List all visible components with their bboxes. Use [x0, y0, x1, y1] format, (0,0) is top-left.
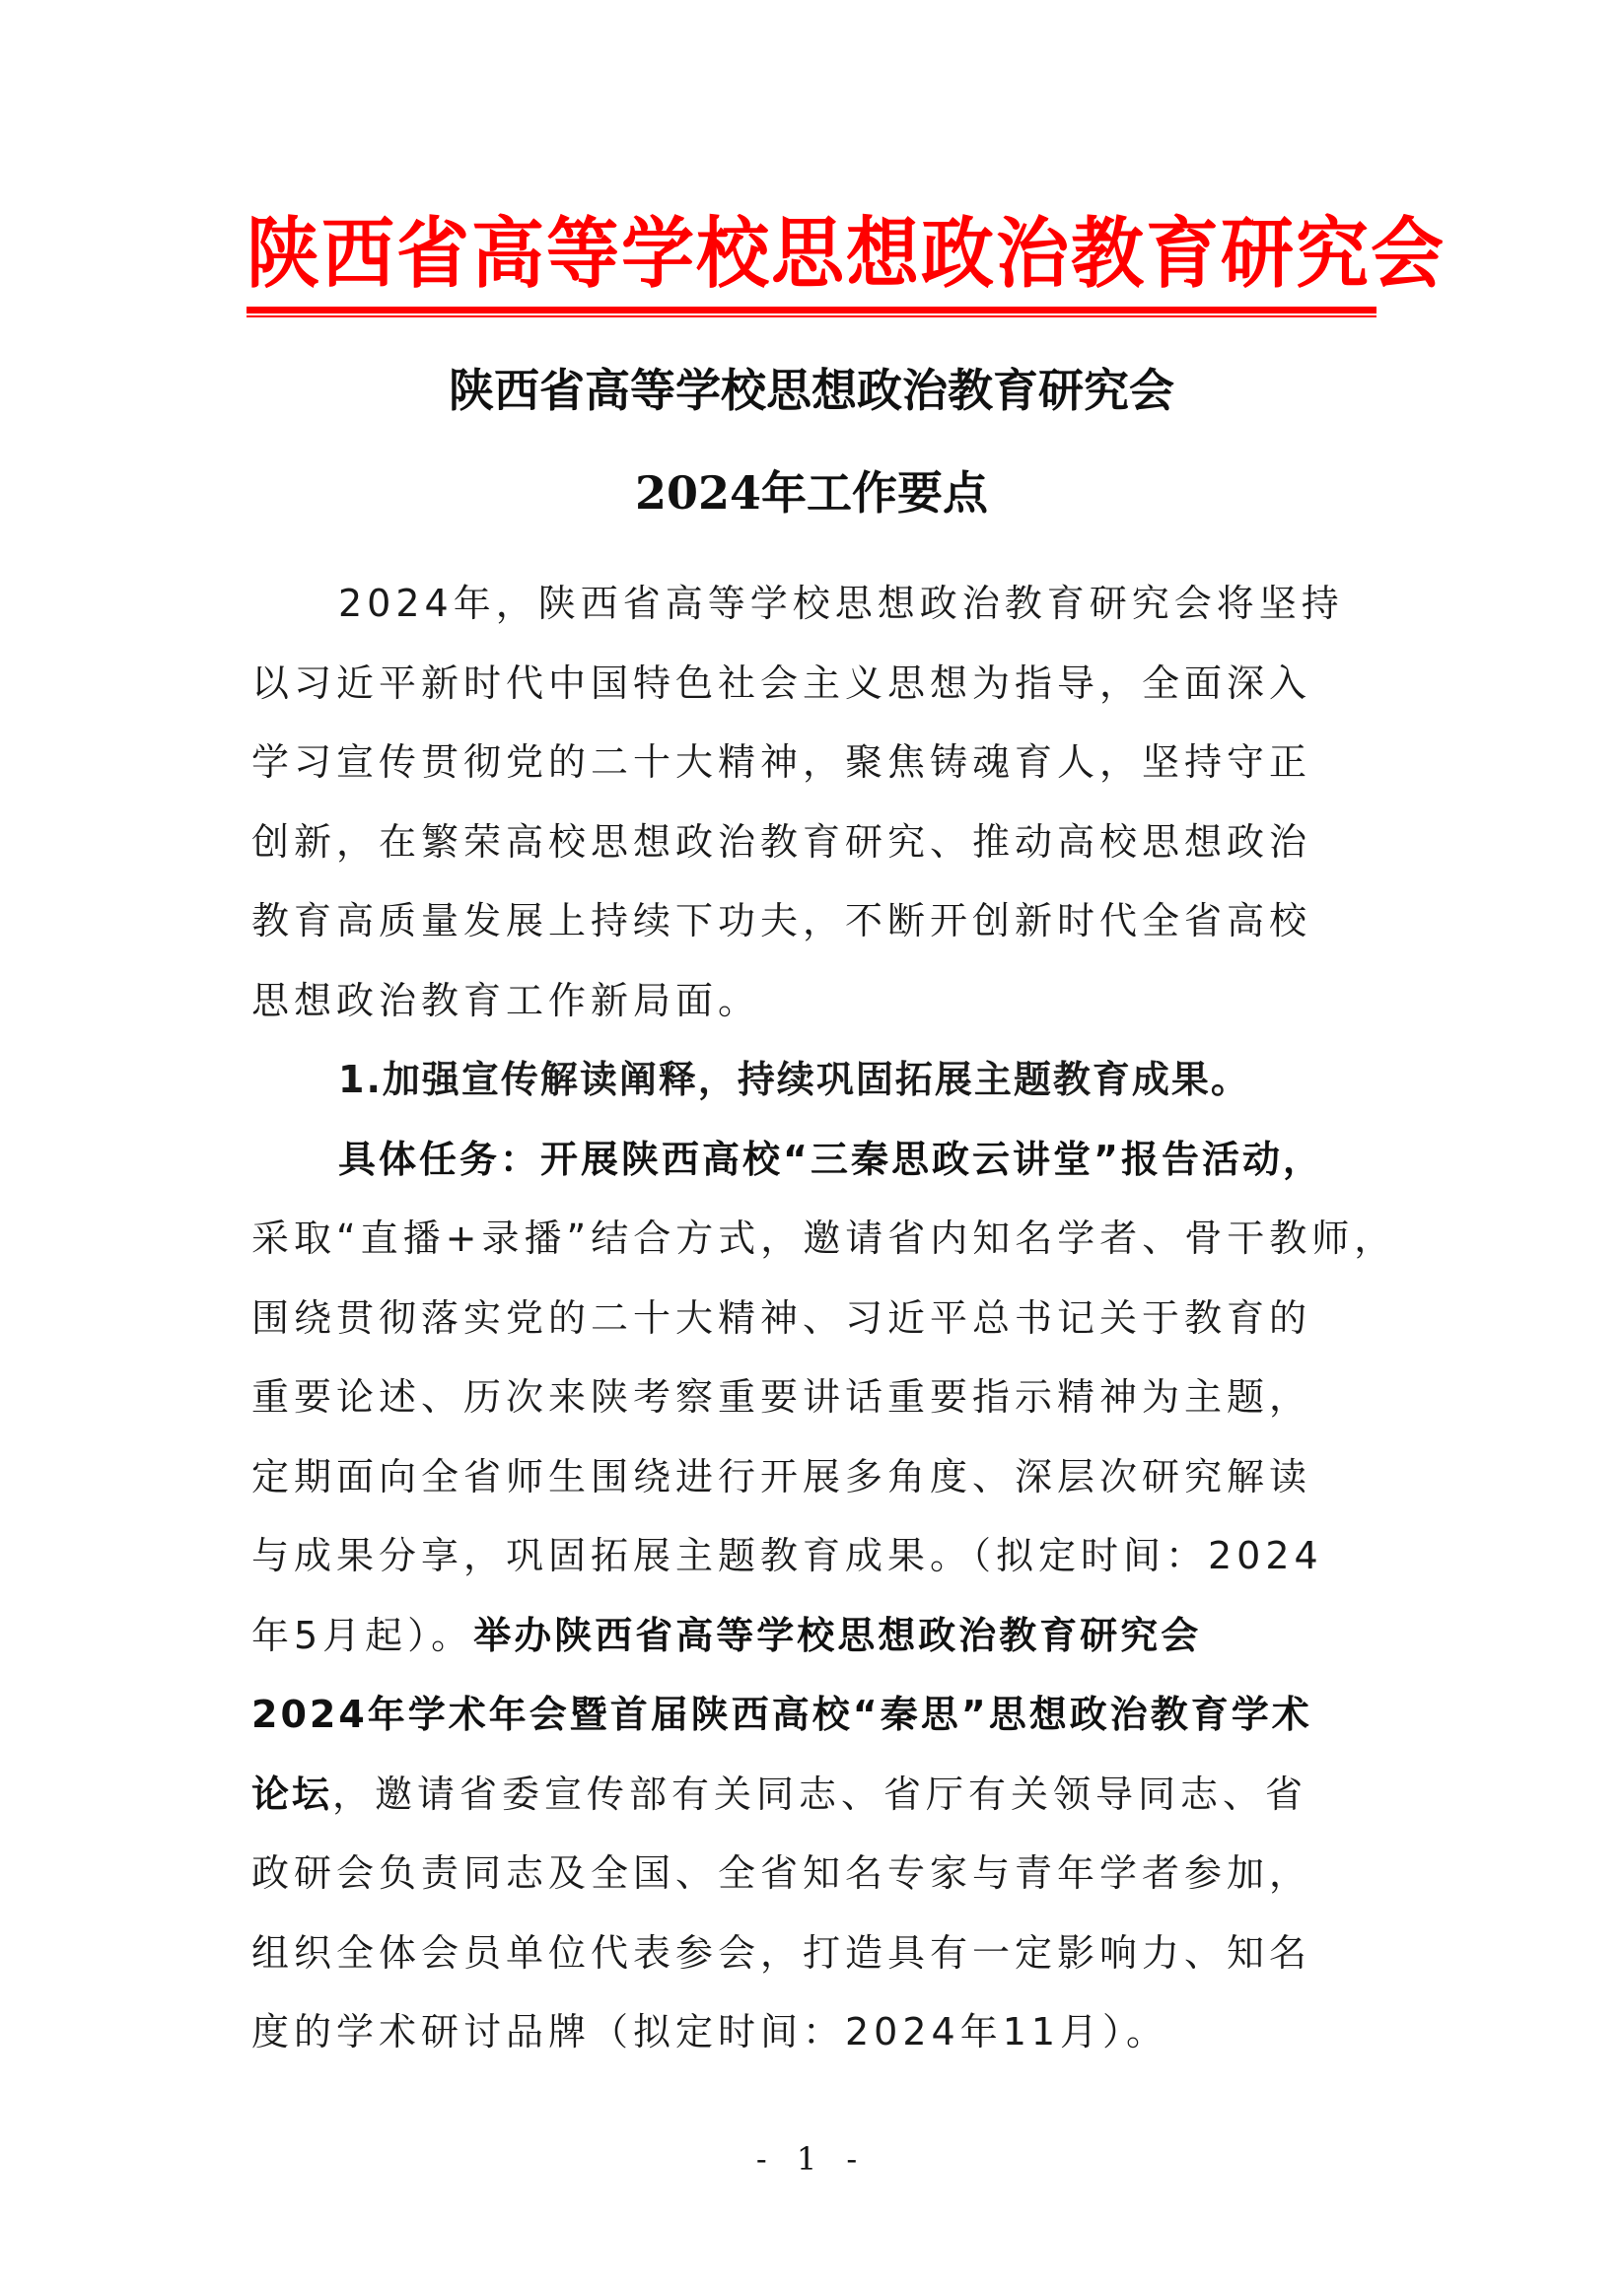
section-1-task-line: 具体任务：开展陕西高校“三秦思政云讲堂”报告活动，	[251, 1120, 1356, 1200]
section-1-mixed-line: 论坛，邀请省委宣传部有关同志、省厅有关领导同志、省	[251, 1755, 1356, 1835]
task-bold-text: 开展陕西高校“三秦思政云讲堂”报告活动，	[540, 1138, 1323, 1181]
masthead-title: 陕西省高等学校思想政治教育研究会	[247, 207, 1446, 303]
page-number: - 1 -	[0, 2137, 1623, 2181]
intro-line: 学习宣传贯彻党的二十大精神，聚焦铸魂育人，坚持守正	[251, 723, 1356, 802]
intro-line: 创新，在繁荣高校思想政治教育研究、推动高校思想政治	[251, 802, 1356, 882]
section-1-line: 度的学术研讨品牌（拟定时间：2024年11月）。	[251, 1992, 1356, 2072]
document-title-line1: 陕西省高等学校思想政治教育研究会	[0, 361, 1623, 420]
section-1-line: 与成果分享，巩固拓展主题教育成果。（拟定时间：2024	[251, 1516, 1356, 1596]
intro-line: 以习近平新时代中国特色社会主义思想为指导，全面深入	[251, 644, 1356, 724]
bold-text: 论坛	[251, 1773, 332, 1816]
section-1-mixed-line: 年5月起）。举办陕西省高等学校思想政治教育研究会	[251, 1596, 1356, 1676]
red-header-rule	[247, 307, 1376, 318]
section-1-line: 重要论述、历次来陕考察重要讲话重要指示精神为主题，	[251, 1357, 1356, 1437]
section-1-line: 政研会负责同志及全国、全省知名专家与青年学者参加，	[251, 1834, 1356, 1913]
task-label: 具体任务：	[338, 1138, 540, 1181]
red-rule-thin	[247, 315, 1376, 317]
section-1-heading: 1.加强宣传解读阐释，持续巩固拓展主题教育成果。	[251, 1040, 1356, 1120]
intro-line: 思想政治教育工作新局面。	[251, 961, 1356, 1041]
section-1-bold-line: 2024年学术年会暨首届陕西高校“秦思”思想政治教育学术	[251, 1675, 1356, 1755]
red-rule-thick	[247, 307, 1376, 313]
document-page: 陕西省高等学校思想政治教育研究会 陕西省高等学校思想政治教育研究会 2024年工…	[0, 0, 1623, 2296]
section-1-line: 组织全体会员单位代表参会，打造具有一定影响力、知名	[251, 1913, 1356, 1993]
intro-line: 2024年，陕西省高等学校思想政治教育研究会将坚持	[251, 564, 1356, 644]
intro-line: 教育高质量发展上持续下功夫，不断开创新时代全省高校	[251, 881, 1356, 961]
bold-text: 举办陕西省高等学校思想政治教育研究会	[473, 1614, 1201, 1657]
plain-text: ，邀请省委宣传部有关同志、省厅有关领导同志、省	[332, 1773, 1307, 1816]
document-body: 2024年，陕西省高等学校思想政治教育研究会将坚持 以习近平新时代中国特色社会主…	[251, 564, 1356, 2072]
document-title-line2: 2024年工作要点	[0, 463, 1623, 522]
plain-text: 年5月起）。	[251, 1614, 473, 1657]
masthead: 陕西省高等学校思想政治教育研究会	[247, 209, 1376, 300]
section-1-line: 定期面向全省师生围绕进行开展多角度、深层次研究解读	[251, 1437, 1356, 1517]
section-1-line: 围绕贯彻落实党的二十大精神、习近平总书记关于教育的	[251, 1279, 1356, 1358]
section-1-line: 采取“直播+录播”结合方式，邀请省内知名学者、骨干教师，	[251, 1199, 1356, 1279]
